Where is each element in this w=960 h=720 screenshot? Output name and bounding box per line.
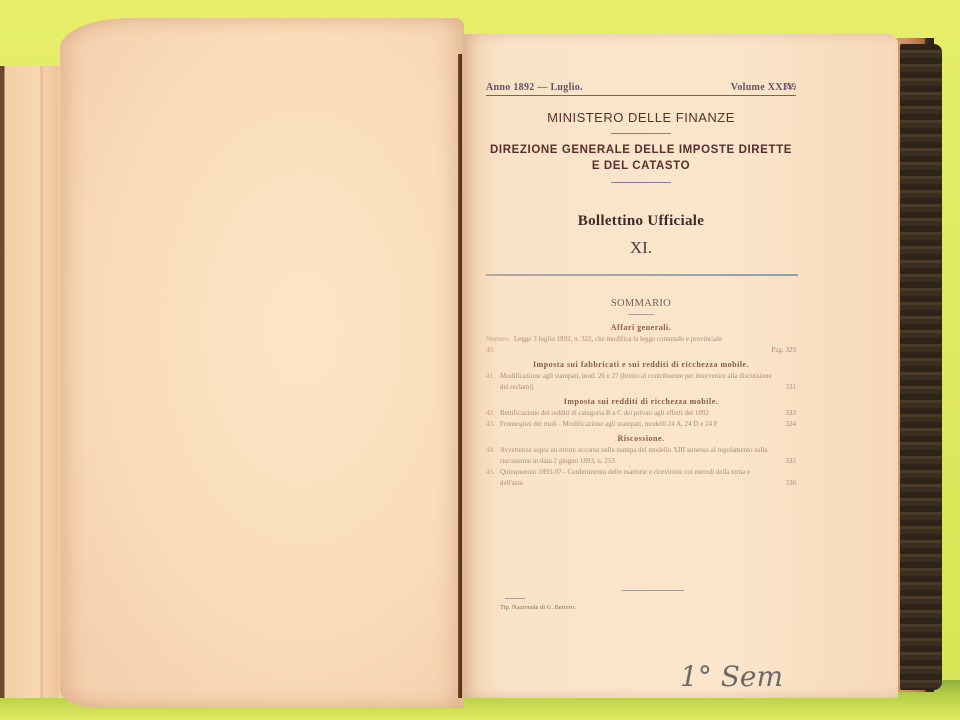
summary-entry: 41. Modificazione agli stampati, mod. 26…	[486, 371, 796, 393]
section-heading: Riscossione.	[486, 434, 796, 443]
divider-long	[486, 274, 798, 276]
section-heading: Imposta sui redditi di ricchezza mobile.	[486, 397, 796, 406]
handwritten-note: 1° Sem	[680, 660, 783, 693]
running-header: 329 Anno 1892 — Luglio. Volume XXIV.	[486, 82, 796, 96]
summary-title: SOMMARIO	[486, 298, 796, 309]
printer-imprint: Tip. Nazionale di G. Bertero.	[500, 604, 576, 611]
book-cover-edge	[900, 44, 942, 690]
summary-entry: 45. Quinquennio 1893-97 - Conferimento d…	[486, 467, 796, 489]
divider	[611, 182, 671, 183]
summary-entry: 42. Rettificazione dei redditi di catego…	[486, 408, 796, 419]
bulletin-title: Bollettino Ufficiale	[486, 213, 796, 230]
header-date: Anno 1892 — Luglio.	[486, 82, 583, 93]
divider-printer	[505, 598, 525, 599]
bulletin-number: XI.	[486, 238, 796, 258]
divider-end	[622, 590, 684, 591]
summary-entry: 43. Frontespizi dei ruoli - Modificazion…	[486, 419, 796, 430]
right-page-content: 329 Anno 1892 — Luglio. Volume XXIV. MIN…	[486, 72, 796, 489]
page-number: 329	[784, 82, 796, 91]
left-page-blank	[60, 18, 464, 708]
ministry-title: MINISTERO DELLE FINANZE	[486, 110, 796, 125]
section-heading: Imposta sui fabbricati e sui redditi di …	[486, 360, 796, 369]
directorate-line-2: E DEL CATASTO	[486, 158, 796, 174]
divider-small	[628, 314, 654, 315]
summary-entry: Numero 40. Legge 3 luglio 1892, n. 322, …	[486, 334, 796, 356]
divider	[611, 133, 671, 134]
directorate-line-1: DIREZIONE GENERALE DELLE IMPOSTE DIRETTE	[486, 142, 796, 158]
section-heading: Affari generali.	[486, 323, 796, 332]
summary-entry: 44. Avvertenze sopra un errore occorso n…	[486, 445, 796, 467]
